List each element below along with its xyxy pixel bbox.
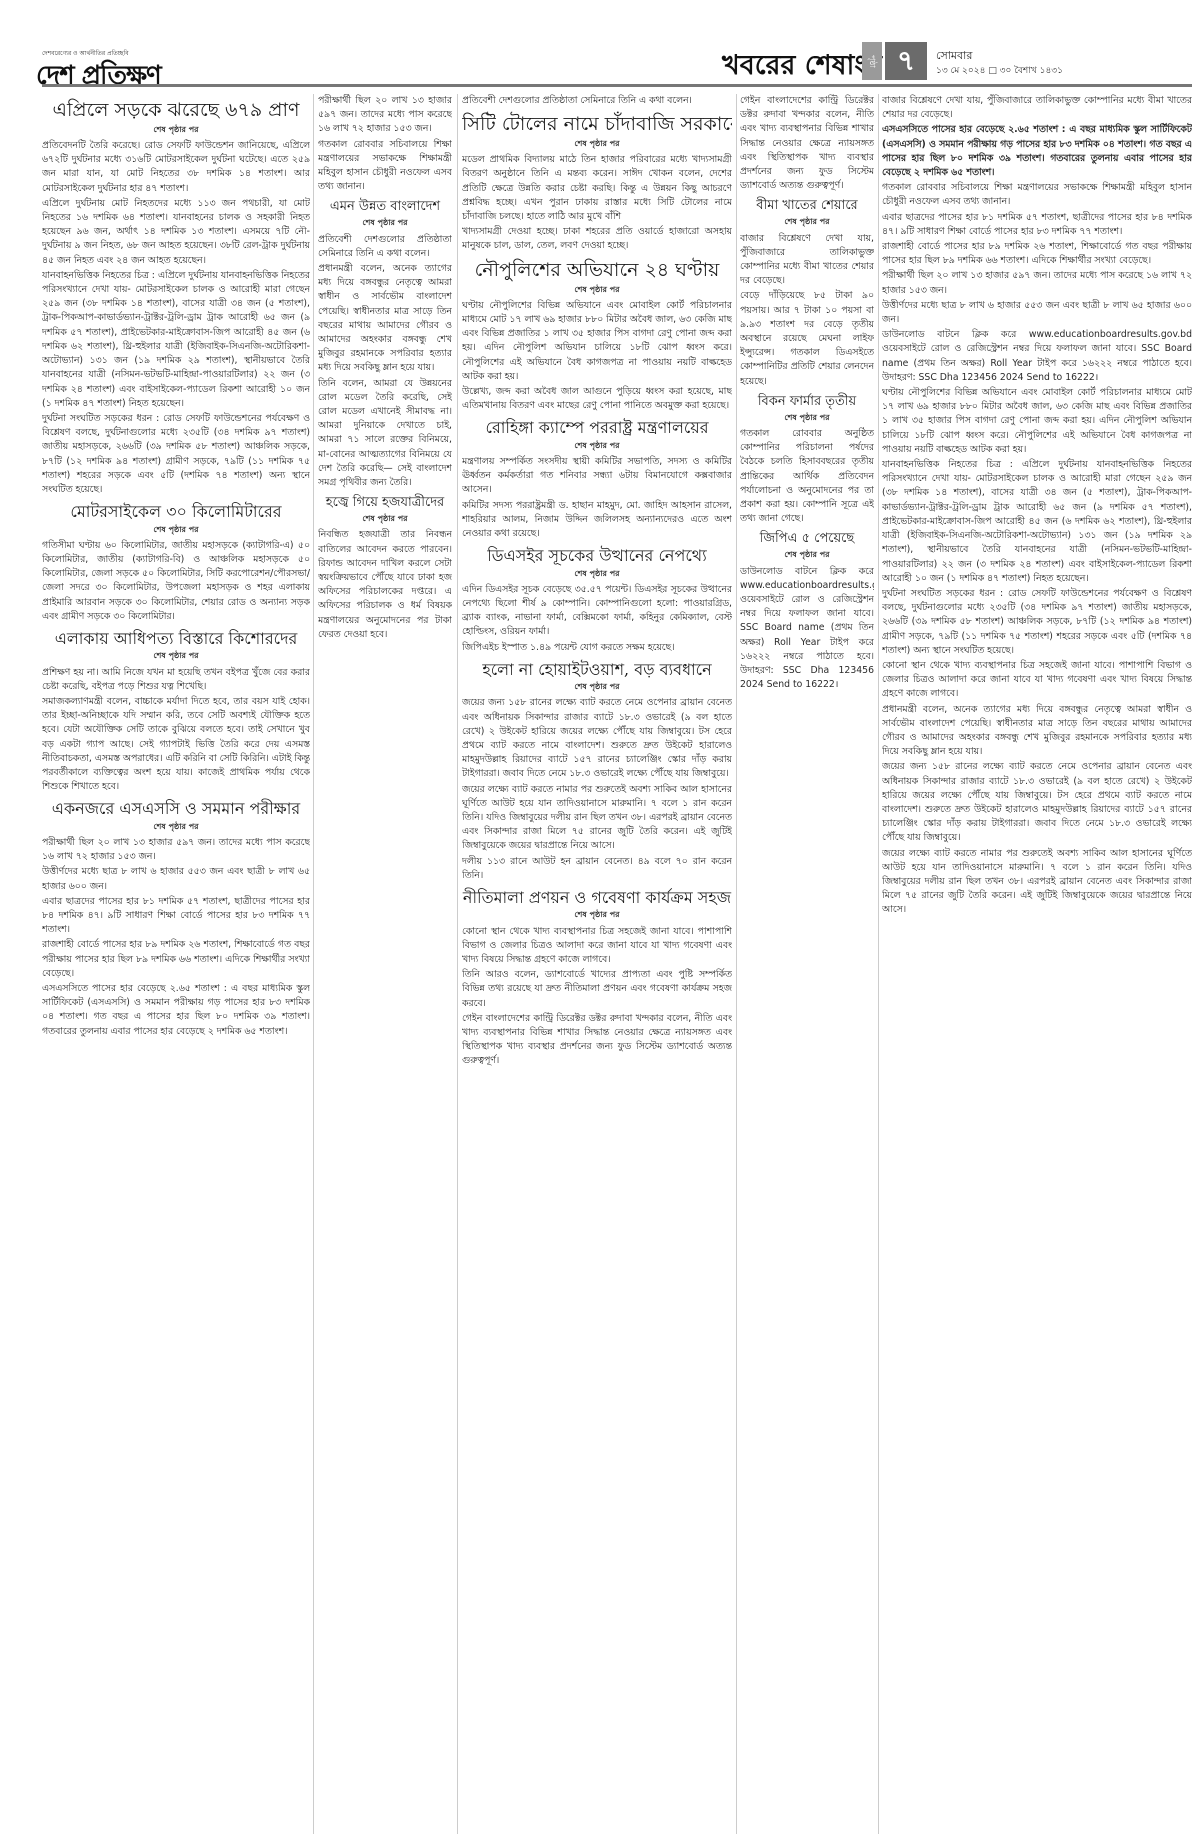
headline[interactable]: এপ্রিলে সড়কে ঝরেছে ৬৭৯ প্রাণ [42,100,310,122]
paragraph: উত্তীর্ণদের মধ্যে ছাত্র ৮ লাখ ৬ হাজার ৫৫… [42,865,310,893]
continued-label: শেষ পৃষ্ঠার পর [740,411,874,425]
headline[interactable]: মোটরসাইকেল ৩০ কিলোমিটারের [42,503,310,521]
paragraph: ডাউনলোড বাটনে ক্লিক করে www.educationboa… [882,328,1192,385]
paragraph: ঘণ্টায় নৌপুলিশের বিভিন্ন অভিযানে এবং মো… [462,299,732,384]
paragraph: কমিটির সদস্য পররাষ্ট্রমন্ত্রী ড. হাছান ম… [462,499,732,542]
paragraph: জয়ের লক্ষ্যে ব্যাট করতে নামার পর শুরুতে… [882,847,1192,918]
article-teen-gangs: এলাকায় আধিপত্য বিস্তারে কিশোরদের শেষ পৃ… [42,630,310,794]
paragraph: উত্তীর্ণদের মধ্যে ছাত্র ৮ লাখ ৬ হাজার ৫৫… [882,299,1192,327]
paragraph: প্রশিক্ষণ হয় না। আমি নিজে যখন মা হয়েছি… [42,666,310,694]
continued-label: শেষ পৃষ্ঠার পর [42,649,310,663]
paragraph: বেড়ে দাঁড়িয়েছে ৮৫ টাকা ৯০ পয়সায়। আর… [740,289,874,388]
column-2: পরীক্ষার্থী ছিল ২০ লাখ ১৩ হাজার ৫৯৭ জন। … [318,94,452,1834]
paragraph: যানবাহনভিত্তিক নিহতের চিত্র : এপ্রিলে দু… [882,458,1192,586]
article-road-accidents: এপ্রিলে সড়কে ঝরেছে ৬৭৯ প্রাণ শেষ পৃষ্ঠা… [42,100,310,497]
paragraph: প্রধানমন্ত্রী বলেন, অনেক ত্যাগের মধ্য দি… [882,703,1192,760]
column-divider [313,94,314,1834]
paragraph: জিপিএইচ ইস্পাত ১.৪৯ পয়েন্ট যোগ করতে সক্… [462,641,732,655]
paragraph: বাজার বিশ্লেষণে দেখা যায়, পুঁজিবাজারে ত… [740,232,874,289]
paragraph: ডাউনলোড বাটনে ক্লিক করে www.educationboa… [740,565,874,693]
continued-label: শেষ পৃষ্ঠার পর [462,680,732,694]
paragraph: নিবন্ধিত হজযাত্রী তার নিবন্ধন বাতিলের আব… [318,528,452,642]
article-policy-research: নীতিমালা প্রণয়ন ও গবেষণা কার্যক্রম সহজ … [462,889,732,1069]
paragraph: গতকাল রোববার সচিবালয়ে শিক্ষা মন্ত্রণালয… [318,138,452,195]
paragraph: প্রতিবেদনটি তৈরি করেছে। রোড সেফটি ফাউন্ড… [42,139,310,196]
paragraph: দুর্ঘটনা সংঘটিত সড়কের ধরন : রোড সেফটি ফ… [882,587,1192,658]
article-whitewash: হলো না হোয়াইটওয়াশ, বড় ব্যবধানে শেষ পৃ… [462,661,732,883]
headline[interactable]: এলাকায় আধিপত্য বিস্তারে কিশোরদের [42,630,310,648]
page-number: ৭ [885,42,927,80]
paragraph: বাজার বিশ্লেষণে দেখা যায়, পুঁজিবাজারে ত… [882,94,1192,122]
article-dse-index: ডিএসইর সূচকের উত্থানের নেপথ্যে শেষ পৃষ্ঠ… [462,547,732,655]
article-river-police: নৌপুলিশের অভিযানে ২৪ ঘণ্টায় শেষ পৃষ্ঠার… [462,260,732,414]
paragraph: জয়ের জন্য ১৫৮ রানের লক্ষ্যে ব্যাট করতে … [882,760,1192,845]
paragraph: এবার ছাত্রদের পাসের হার ৮১ দশমিক ৫৭ শতাং… [42,895,310,938]
paragraph: খাদ্যসামগ্রী দেওয়া হচ্ছে। ঢাকা শহরের প্… [462,225,732,253]
paragraph: মডেল প্রাথমিক বিদ্যালয় মাঠে তিন হাজার প… [462,153,732,224]
paragraph: উল্লেখ্য, জব্দ করা অবৈধ জাল আগুনে পুড়িয… [462,385,732,413]
headline[interactable]: হলো না হোয়াইটওয়াশ, বড় ব্যবধানে [462,661,732,679]
continued-label: শেষ পৃষ্ঠার পর [462,137,732,151]
newspaper-logo[interactable]: দেশ প্রতিক্ষণ [36,55,161,99]
paragraph: কোনো স্থান থেকে খাদ্য ব্যবস্থাপনার চিত্র… [462,925,732,968]
headline[interactable]: বীমা খাতের শেয়ারে [740,199,874,214]
paragraph: ঘণ্টায় নৌপুলিশের বিভিন্ন অভিযানে এবং মো… [882,386,1192,457]
continued-label: শেষ পৃষ্ঠার পর [42,523,310,537]
paragraph: পরীক্ষার্থী ছিল ২০ লাখ ১৩ হাজার ৫৯৭ জন। … [318,94,452,137]
article-insurance-shares: বীমা খাতের শেয়ারে শেষ পৃষ্ঠার পর বাজার … [740,199,874,388]
paragraph: এদিন ডিএসইর সূচক বেড়েছে ৩৫.৫৭ পয়েন্ট। … [462,583,732,640]
paragraph: তিনি আরও বলেন, ড্যাশবোর্ডে খাদ্যের প্রাপ… [462,968,732,1011]
paragraph: প্রতিবেশী দেশগুলোর প্রতিষ্ঠাতা সেমিনারে … [318,233,452,261]
paragraph: এসএসসিতে পাসের হার বেড়েছে ২.৬৫ শতাংশ : … [42,982,310,1039]
header-rule [42,84,1192,87]
article-beacon-pharma: বিকন ফার্মার তৃতীয় শেষ পৃষ্ঠার পর গতকাল… [740,395,874,527]
paragraph: গতকাল রোববার সচিবালয়ে শিক্ষা মন্ত্রণালয… [882,181,1192,209]
headline[interactable]: সিটি টোলের নামে চাঁদাবাজি সরকারের [462,114,732,136]
article-motorcycle-speed: মোটরসাইকেল ৩০ কিলোমিটারের শেষ পৃষ্ঠার পর… [42,503,310,624]
continued-label: শেষ পৃষ্ঠার পর [462,439,732,453]
article-hajj-pilgrims: হজ্বে গিয়ে হজযাত্রীদের শেষ পৃষ্ঠার পর ন… [318,496,452,642]
paragraph: পরীক্ষার্থী ছিল ২০ লাখ ১৩ হাজার ৫৯৭ জন। … [42,836,310,864]
continued-label: শেষ পৃষ্ঠার পর [462,283,732,297]
headline[interactable]: ডিএসইর সূচকের উত্থানের নেপথ্যে [462,547,732,565]
continued-label: শেষ পৃষ্ঠার পর [462,567,732,581]
headline[interactable]: নীতিমালা প্রণয়ন ও গবেষণা কার্যক্রম সহজ [462,889,732,907]
continued-label: শেষ পৃষ্ঠার পর [42,123,310,137]
article-ssc-glance: একনজরে এসএসসি ও সমমান পরীক্ষার শেষ পৃষ্ঠ… [42,800,310,1038]
paragraph: পরীক্ষার্থী ছিল ২০ লাখ ১৩ হাজার ৫৯৭ জন। … [882,269,1192,297]
continued-label: শেষ পৃষ্ঠার পর [462,908,732,922]
paragraph: দুর্ঘটনা সংঘটিত সড়কের ধরন : রোড সেফটি ফ… [42,412,310,497]
column-divider [457,94,458,1834]
paragraph: প্রধানমন্ত্রী বলেন, অনেক ত্যাগের মধ্য দি… [318,262,452,376]
paragraph: এপ্রিলে দুর্ঘটনায় মোট নিহতদের মধ্যে ১১৩… [42,197,310,268]
headline[interactable]: বিকন ফার্মার তৃতীয় [740,395,874,410]
continued-label: শেষ পৃষ্ঠার পর [318,216,452,230]
headline[interactable]: হজ্বে গিয়ে হজযাত্রীদের [318,496,452,511]
paragraph: এবার ছাত্রদের পাসের হার ৮১ দশমিক ৫৭ শতাং… [882,211,1192,239]
headline[interactable]: একনজরে এসএসসি ও সমমান পরীক্ষার [42,800,310,818]
column-3: প্রতিবেশী দেশগুলোর প্রতিষ্ঠাতা সেমিনারে … [462,94,732,1834]
issue-date: ১৩ মে ২০২৪ □ ৩০ বৈশাখ ১৪৩১ [936,63,1063,78]
masthead: দেশবরেণ্যের ও আর্থনীতির প্রতিচ্ছবি দেশ প… [0,0,1200,80]
column-divider [878,94,879,1834]
headline[interactable]: জিপিএ ৫ পেয়েছে [740,532,874,547]
article-rohingya-camp: রোহিঙ্গা ক্যাম্পে পররাষ্ট্র মন্ত্রণালয়ে… [462,419,732,541]
headline[interactable]: রোহিঙ্গা ক্যাম্পে পররাষ্ট্র মন্ত্রণালয়ে… [462,419,732,437]
column-5: বাজার বিশ্লেষণে দেখা যায়, পুঁজিবাজারে ত… [882,94,1192,1834]
subhead-paragraph: এসএসসিতে পাসের হার বেড়েছে ২.৬৫ শতাংশ : … [882,123,1192,180]
headline[interactable]: এমন উন্নত বাংলাদেশ [318,200,452,215]
paragraph: প্রতিবেশী দেশগুলোর প্রতিষ্ঠাতা সেমিনারে … [462,94,732,108]
paragraph: রাজশাহী বোর্ডে পাসের হার ৮৯ দশমিক ২৬ শতা… [42,938,310,981]
paragraph: তিনি বলেন, আমরা যে উন্নয়নের রোল মডেল তৈ… [318,377,452,491]
paragraph: গতিসীমা ঘণ্টায় ৬০ কিলোমিটার, জাতীয় মহা… [42,539,310,624]
article-developed-bangladesh: এমন উন্নত বাংলাদেশ শেষ পৃষ্ঠার পর প্রতিব… [318,200,452,490]
paragraph: গতকাল রোববার অনুষ্ঠিত কোম্পানির পরিচালনা… [740,427,874,526]
headline[interactable]: নৌপুলিশের অভিযানে ২৪ ঘণ্টায় [462,260,732,282]
paragraph: মন্ত্রণালয় সম্পর্কিত সংসদীয় স্থায়ী কম… [462,455,732,498]
continued-label: শেষ পৃষ্ঠার পর [740,548,874,562]
continued-label: শেষ পৃষ্ঠার পর [42,820,310,834]
continued-label: শেষ পৃষ্ঠার পর [740,215,874,229]
paragraph: দলীয় ১১৩ রানে আউট হন ব্রায়ান বেনেত। ৪৯… [462,855,732,883]
column-1: এপ্রিলে সড়কে ঝরেছে ৬৭৯ প্রাণ শেষ পৃষ্ঠা… [42,94,310,1834]
paragraph: রাজশাহী বোর্ডে পাসের হার ৮৯ দশমিক ২৬ শতা… [882,240,1192,268]
paragraph: গেইন বাংলাদেশের কান্ট্রি ডিরেক্টর ডক্টর … [740,94,874,193]
page-label: পৃষ্ঠা [862,42,882,80]
article-city-toll: সিটি টোলের নামে চাঁদাবাজি সরকারের শেষ পৃ… [462,114,732,253]
paragraph: সমাজকল্যাণমন্ত্রী বলেন, বাচ্চাকে মর্যাদা… [42,695,310,794]
paragraph: যানবাহনভিত্তিক নিহতের চিত্র : এপ্রিলে দু… [42,269,310,411]
paragraph: জয়ের লক্ষ্যে ব্যাট করতে নামার পর শুরুতে… [462,783,732,854]
column-divider [736,94,737,1834]
continued-label: শেষ পৃষ্ঠার পর [318,512,452,526]
column-4: গেইন বাংলাদেশের কান্ট্রি ডিরেক্টর ডক্টর … [740,94,874,1834]
article-gpa5: জিপিএ ৫ পেয়েছে শেষ পৃষ্ঠার পর ডাউনলোড ব… [740,532,874,692]
paragraph: কোনো স্থান থেকে খাদ্য ব্যবস্থাপনার চিত্র… [882,659,1192,702]
paragraph: জয়ের জন্য ১৫৮ রানের লক্ষ্যে ব্যাট করতে … [462,696,732,781]
paragraph: গেইন বাংলাদেশের কান্ট্রি ডিরেক্টর ডক্টর … [462,1012,732,1069]
